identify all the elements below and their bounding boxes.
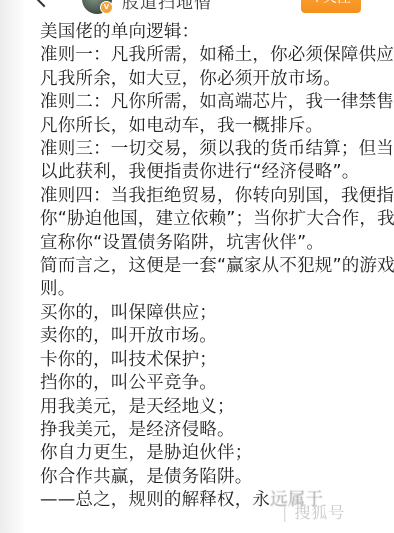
article-line: 买你的，叫保障供应；: [40, 302, 394, 325]
article-line: 准则三：一切交易，须以我的货币结算；但当你: [40, 138, 394, 161]
article-title-line: 美国佬的单向逻辑：: [40, 21, 394, 44]
watermark-text: 搜狐号: [294, 503, 345, 522]
article-line: 你“胁迫他国，建立依赖”；当你扩大合作，我则: [40, 208, 394, 231]
sohu-watermark: |搜狐号: [282, 500, 345, 523]
left-edge-shade: [0, 0, 26, 533]
article-line: 卖你的，叫开放市场。: [40, 325, 394, 348]
article-line: 准则四：当我拒绝贸易，你转向别国，我便指控: [40, 185, 394, 208]
article-line: 准则二：凡你所需，如高端芯片，我一律禁售；: [40, 91, 394, 114]
article-line: 准则一：凡我所需，如稀土，你必须保障供应；: [40, 44, 394, 67]
article-header: V 股道扫地僧 +关注 ···: [0, 0, 394, 16]
article-line: 你合作共赢，是债务陷阱。: [40, 466, 394, 489]
verified-badge-icon: V: [100, 1, 113, 14]
article-line: 卡你的，叫技术保护；: [40, 349, 394, 372]
article-line: 则。: [40, 278, 394, 301]
follow-button[interactable]: +关注: [301, 0, 361, 13]
more-options-icon[interactable]: ···: [372, 0, 390, 5]
article-line: 简而言之，这便是一套“赢家从不犯规”的游戏规: [40, 255, 394, 278]
article-line: 挣我美元，是经济侵略。: [40, 419, 394, 442]
watermark-separator: |: [282, 503, 288, 522]
article-line: 以此获利，我便指责你进行“经济侵略”。: [40, 161, 394, 184]
chevron-left-icon[interactable]: [33, 0, 56, 7]
closing-line-text: ——总之，规则的解释权，永: [40, 490, 270, 510]
article-line: 凡我所余，如大豆，你必须开放市场。: [40, 68, 394, 91]
author-username[interactable]: 股道扫地僧: [122, 0, 212, 13]
article-body: 美国佬的单向逻辑： 准则一：凡我所需，如稀土，你必须保障供应； 凡我所余，如大豆…: [40, 21, 394, 513]
article-line: 你自力更生，是胁迫伙伴；: [40, 442, 394, 465]
article-screen: V 股道扫地僧 +关注 ··· 美国佬的单向逻辑： 准则一：凡我所需，如稀土，你…: [0, 0, 394, 533]
article-line: 凡你所长，如电动车，我一概排斥。: [40, 115, 394, 138]
article-line: 宣称你“设置债务陷阱，坑害伙伴”。: [40, 232, 394, 255]
article-line: 用我美元，是天经地义；: [40, 396, 394, 419]
article-line: 挡你的，叫公平竞争。: [40, 372, 394, 395]
